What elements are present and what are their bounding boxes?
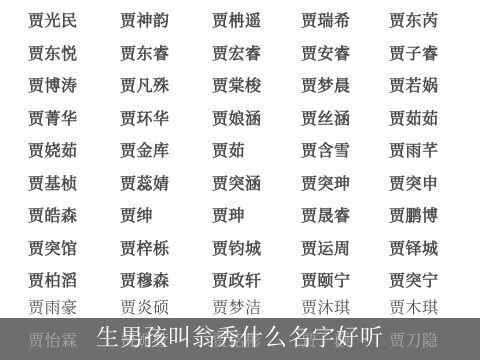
name-list-page: 贾光民 贾神韵 贾柟遥 贾瑞希 贾东芮 贾东悦 贾东睿 贾宏睿 贾安睿 贾子睿 … xyxy=(0,0,480,360)
name-item: 贾菁华 xyxy=(28,110,78,130)
name-row: 贾突馆 贾梓栎 贾钧城 贾运周 贾铎城 xyxy=(0,240,480,262)
name-item: 贾沐琪 xyxy=(301,299,351,319)
name-item: 贾柏滔 xyxy=(28,272,78,292)
name-item: 贾晟睿 xyxy=(301,207,351,227)
name-item: 贾钧城 xyxy=(212,240,262,260)
name-item: 贾绅 xyxy=(120,207,153,227)
name-item: 贾突珅 xyxy=(301,175,351,195)
name-item: 贾娆茹 xyxy=(28,142,78,162)
name-item: 贾娘涵 xyxy=(212,110,262,130)
name-row: 贾东悦 贾东睿 贾宏睿 贾安睿 贾子睿 xyxy=(0,45,480,67)
name-row: 贾皓森 贾绅 贾珅 贾晟睿 贾鹏博 xyxy=(0,207,480,229)
name-item: 贾蕊婧 xyxy=(120,175,170,195)
name-item: 贾突涵 xyxy=(212,175,262,195)
name-item: 贾颐宁 xyxy=(301,272,351,292)
name-row: 贾娆茹 贾金库 贾茹 贾含雪 贾雨芊 xyxy=(0,142,480,164)
name-item: 贾茹 xyxy=(212,142,245,162)
name-item: 贾突馆 xyxy=(28,240,78,260)
name-item: 贾突宁 xyxy=(389,272,439,292)
name-item: 贾梓栎 xyxy=(120,240,170,260)
name-item: 贾鹏博 xyxy=(389,207,439,227)
name-item: 贾若娲 xyxy=(389,77,439,97)
name-item: 贾环华 xyxy=(120,110,170,130)
name-item: 贾梦晨 xyxy=(301,77,351,97)
name-item: 贾东芮 xyxy=(389,12,439,32)
overlay-title: 生男孩叫翁秀什么名字好听 xyxy=(0,319,480,352)
name-item: 贾光民 xyxy=(28,12,78,32)
name-row: 贾博涛 贾凡殊 贾棠梭 贾梦晨 贾若娲 xyxy=(0,77,480,99)
name-row: 贾基桢 贾蕊婧 贾突涵 贾突珅 贾突申 xyxy=(0,175,480,197)
name-item: 贾铎城 xyxy=(389,240,439,260)
name-row: 贾光民 贾神韵 贾柟遥 贾瑞希 贾东芮 xyxy=(0,12,480,34)
name-item: 贾柟遥 xyxy=(212,12,262,32)
name-row: 贾菁华 贾环华 贾娘涵 贾丝涵 贾茹茹 xyxy=(0,110,480,132)
name-item: 贾突申 xyxy=(389,175,439,195)
name-item: 贾金库 xyxy=(120,142,170,162)
name-item: 贾含雪 xyxy=(301,142,351,162)
name-item: 贾雨豪 xyxy=(28,299,78,319)
name-item: 贾基桢 xyxy=(28,175,78,195)
name-item: 贾炎硕 xyxy=(120,299,170,319)
name-item: 贾珅 xyxy=(212,207,245,227)
name-item: 贾雨芊 xyxy=(389,142,439,162)
name-item: 贾运周 xyxy=(301,240,351,260)
name-item: 贾政轩 xyxy=(212,272,262,292)
name-item: 贾梦洁 xyxy=(212,299,262,319)
name-item: 贾皓森 xyxy=(28,207,78,227)
name-item: 贾茹茹 xyxy=(389,110,439,130)
name-item: 贾东睿 xyxy=(120,45,170,65)
name-item: 贾丝涵 xyxy=(301,110,351,130)
name-item: 贾棠梭 xyxy=(212,77,262,97)
name-item: 贾神韵 xyxy=(120,12,170,32)
name-item: 贾木琪 xyxy=(389,299,439,319)
name-item: 贾子睿 xyxy=(389,45,439,65)
name-item: 贾瑞希 xyxy=(301,12,351,32)
name-item: 贾凡殊 xyxy=(120,77,170,97)
name-row: 贾柏滔 贾穆森 贾政轩 贾颐宁 贾突宁 xyxy=(0,272,480,294)
name-item: 贾博涛 xyxy=(28,77,78,97)
name-item: 贾东悦 xyxy=(28,45,78,65)
name-item: 贾穆森 xyxy=(120,272,170,292)
name-item: 贾安睿 xyxy=(301,45,351,65)
name-item: 贾宏睿 xyxy=(212,45,262,65)
